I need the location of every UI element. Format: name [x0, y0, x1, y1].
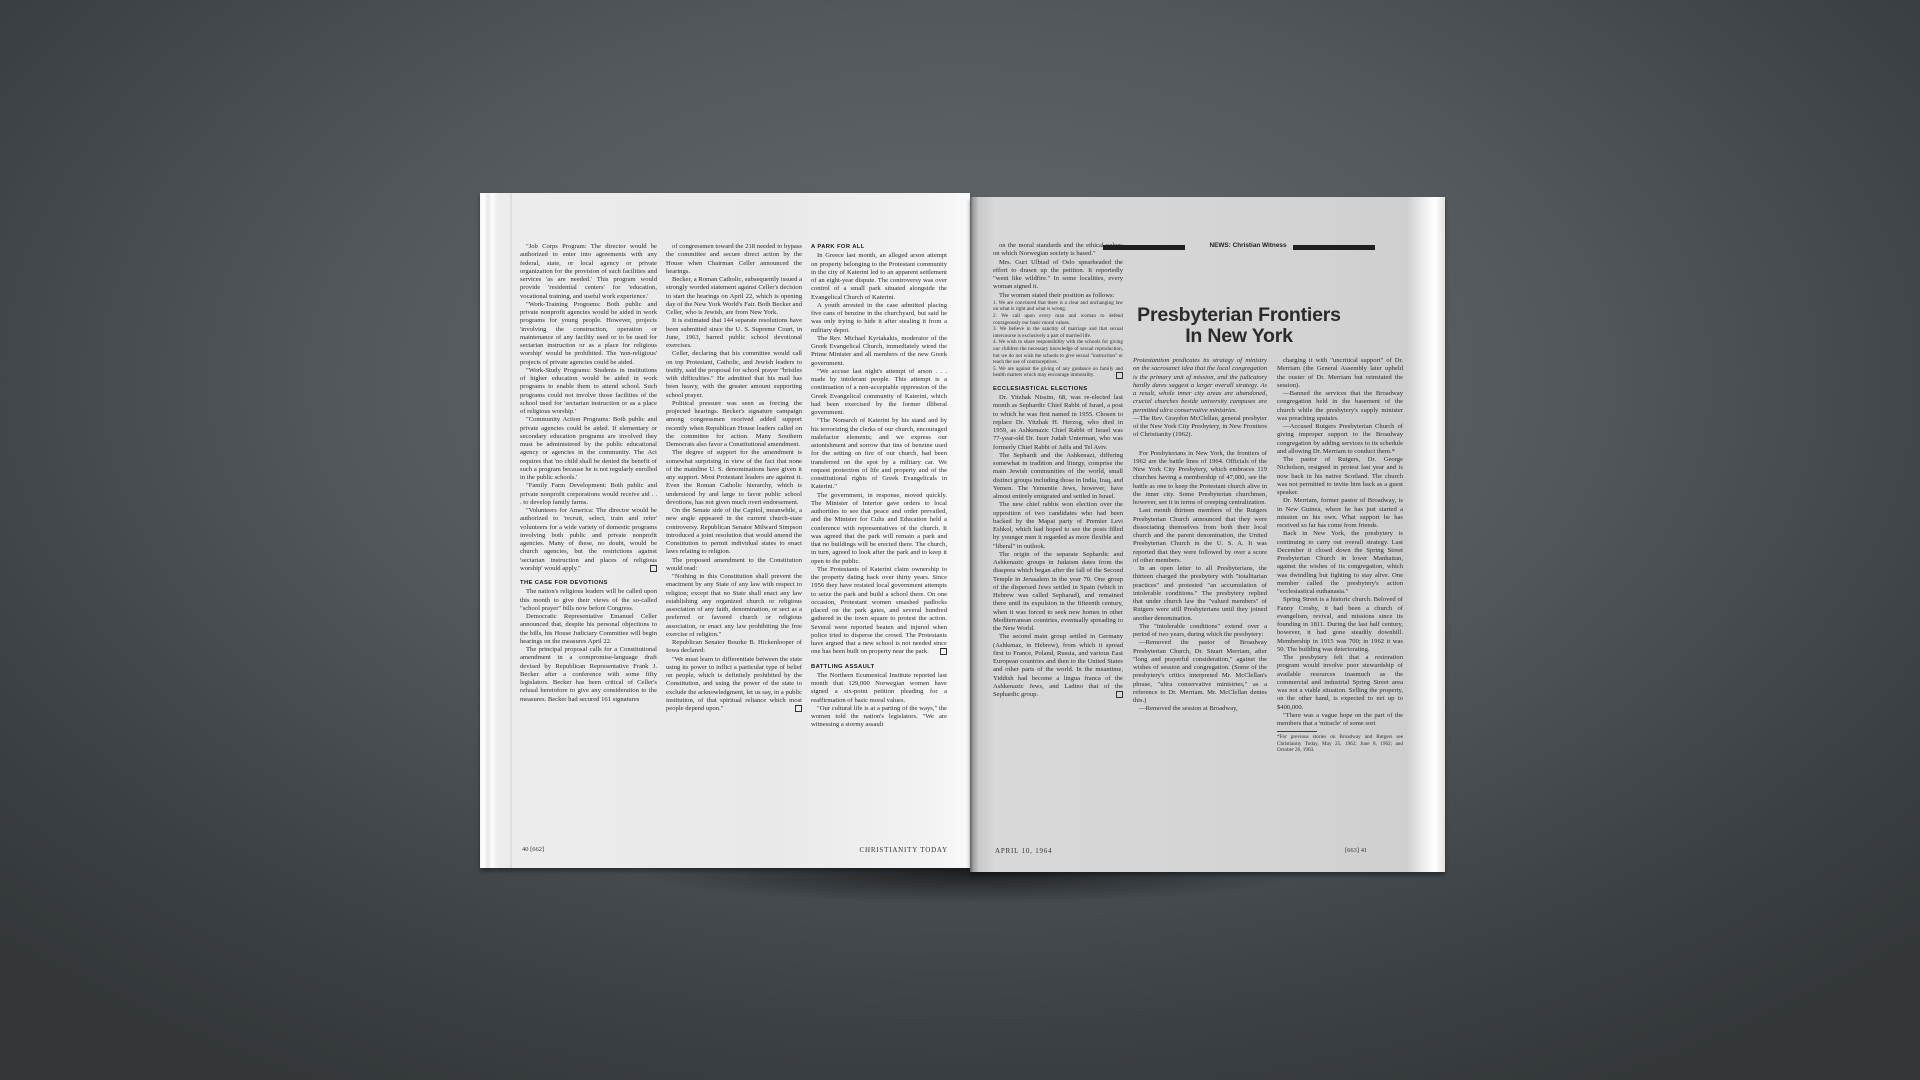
right-column-3: charging it with "uncritical support" of…: [1277, 357, 1403, 754]
paragraph: "Our cultural life is at a parting of th…: [811, 705, 947, 730]
paragraph: The Rev. Michael Kyriakakis, moderator o…: [811, 335, 947, 368]
paragraph: The women stated their position as follo…: [993, 292, 1123, 300]
paragraph: "We accuse last night's attempt of arson…: [811, 368, 947, 418]
rule-left: [1103, 245, 1185, 250]
end-mark-icon: [1116, 691, 1123, 698]
paragraph: charging it with "uncritical support" of…: [1277, 357, 1403, 390]
paragraph: "Nothing in this Constitution shall prev…: [666, 573, 802, 639]
paragraph: Spring Street is a historic church. Belo…: [1277, 596, 1403, 654]
presbyterian-body-cont: charging it with "uncritical support" of…: [1277, 357, 1403, 728]
paragraph: Becker, a Roman Catholic, subsequently i…: [666, 276, 802, 317]
left-column-2: of congressmen toward the 218 needed to …: [666, 243, 802, 713]
paragraph: It is estimated that 144 separate resolu…: [666, 317, 802, 350]
left-folio: 40 [662]: [522, 846, 544, 853]
paragraph: Political pressure was seen as forcing t…: [666, 400, 802, 450]
paragraph: The principal proposal calls for a Const…: [520, 646, 657, 704]
paragraph: of congressmen toward the 218 needed to …: [666, 243, 802, 276]
footnote-rule: [1277, 731, 1317, 732]
paragraph: "The Nomarch of Katerini by his stand an…: [811, 417, 947, 491]
paragraph: Last month thirteen members of the Rutge…: [1133, 507, 1267, 565]
epigraph-attribution: —The Rev. Graydon McClellan, general pre…: [1133, 415, 1267, 440]
paragraph: —Accused Rutgers Presbyterian Church of …: [1277, 423, 1403, 456]
paragraph: The government, in response, moved quick…: [811, 492, 947, 566]
paragraph: "Volunteers for America: The director wo…: [520, 507, 657, 573]
paragraph: —Banned the services that the Broadway c…: [1277, 390, 1403, 423]
paragraph: —Removed the pastor of Broadway Presbyte…: [1133, 639, 1267, 705]
paragraph: In an open letter to all Presbyterians, …: [1133, 565, 1267, 623]
paragraph: The nation's religious leaders will be c…: [520, 588, 657, 613]
footnote: *For previous stories on Broadway and Ru…: [1277, 734, 1403, 754]
end-mark-icon: [650, 565, 657, 572]
paragraph: The second main group settled in Germany…: [993, 633, 1123, 699]
left-col2-body: of congressmen toward the 218 needed to …: [666, 243, 802, 713]
end-mark-icon: [940, 648, 947, 655]
paragraph: Back in New York, the presbytery is cont…: [1277, 530, 1403, 596]
paragraph: Dr. Yitzhak Nissim, 68, was re-elected l…: [993, 394, 1123, 452]
left-column-1: "Job Corps Program: The director would b…: [520, 243, 657, 704]
paragraph: The proposed amendment to the Constituti…: [666, 557, 802, 574]
paragraph: The new chief rabbis won election over t…: [993, 501, 1123, 551]
paragraph: Mrs. Guri Ulbtad of Oslo spearheaded the…: [993, 259, 1123, 292]
running-foot: CHRISTIANITY TODAY: [860, 846, 949, 854]
epigraph: Protestantism predicates its strategy of…: [1133, 357, 1267, 415]
paragraph: A youth arrested in the case admitted pl…: [811, 302, 947, 335]
paragraph: The Sephardi and the Ashkenazi, differin…: [993, 452, 1123, 502]
paragraph: For Presbyterians in New York, the front…: [1133, 450, 1267, 508]
section-heading-park: A PARK FOR ALL: [811, 243, 947, 251]
right-column-2: Protestantism predicates its strategy of…: [1133, 357, 1267, 714]
paragraph: Celler, declaring that his committee wou…: [666, 350, 802, 400]
paragraph: The degree of support for the amendment …: [666, 449, 802, 507]
paragraph: The Northern Ecumenical Institute report…: [811, 672, 947, 705]
paragraph: —Removed the session at Broadway,: [1133, 705, 1267, 713]
section-label-bar: NEWS: Christian Witness: [1103, 243, 1413, 251]
paragraph: "Work-Training Programs: Both public and…: [520, 301, 657, 367]
paragraph: The Protestants of Katerini claim owners…: [811, 566, 947, 657]
section-label: NEWS: Christian Witness: [1193, 242, 1303, 249]
paragraph: On the Senate side of the Capitol, meanw…: [666, 507, 802, 557]
section-heading-elections: ECCLESIASTICAL ELECTIONS: [993, 385, 1123, 393]
left-column-3: A PARK FOR ALL In Greece last month, an …: [811, 243, 947, 730]
right-page: on the moral standards and the ethical v…: [970, 197, 1445, 872]
presbyterian-body: For Presbyterians in New York, the front…: [1133, 450, 1267, 714]
paragraph: The presbytery felt that a restoration p…: [1277, 654, 1403, 712]
paragraph: "We must learn to differentiate between …: [666, 656, 802, 714]
paragraph: Dr. Merriam, former pastor of Broadway, …: [1277, 497, 1403, 530]
section-heading-devotions: THE CASE FOR DEVOTIONS: [520, 579, 657, 587]
paragraph: In Greece last month, an alleged arson a…: [811, 252, 947, 302]
paragraph: "There was a vague hope on the part of t…: [1277, 712, 1403, 729]
headline-line-1: Presbyterian Frontiers: [1103, 305, 1375, 326]
paragraph: 5. We are against the giving of any guid…: [993, 366, 1123, 379]
end-mark-icon: [795, 705, 802, 712]
paragraph: Republican Senator Bourke B. Hickenloope…: [666, 639, 802, 656]
rule-right: [1293, 245, 1375, 250]
page-edge-line: [510, 193, 512, 868]
paragraph: "Work-Study Programs: Students in instit…: [520, 367, 657, 417]
headline-line-2: In New York: [1103, 326, 1375, 347]
paragraph: Democratic Representative Emanuel Celler…: [520, 613, 657, 646]
section-heading-assault: BATTLING ASSAULT: [811, 663, 947, 671]
headline: Presbyterian Frontiers In New York: [1103, 305, 1375, 347]
date-foot: APRIL 10, 1964: [995, 847, 1052, 855]
end-mark-icon: [1116, 372, 1123, 379]
park-body: In Greece last month, an alleged arson a…: [811, 252, 947, 656]
paragraph: The pastor of Rutgers, Dr. George Nichol…: [1277, 456, 1403, 497]
right-folio: [663] 41: [1345, 847, 1367, 854]
left-page: "Job Corps Program: The director would b…: [480, 193, 970, 868]
assault-body: The Northern Ecumenical Institute report…: [811, 672, 947, 730]
paragraph: "Family Farm Development: Both public an…: [520, 482, 657, 507]
paragraph: The "intolerable conditions" extend over…: [1133, 623, 1267, 640]
paragraph: "Job Corps Program: The director would b…: [520, 243, 657, 301]
devotions-body: The nation's religious leaders will be c…: [520, 588, 657, 704]
left-col1-body: "Job Corps Program: The director would b…: [520, 243, 657, 573]
paragraph: "Community Action Programs: Both public …: [520, 416, 657, 482]
elections-body: Dr. Yitzhak Nissim, 68, was re-elected l…: [993, 394, 1123, 699]
paragraph: The origin of the separate Sephardic and…: [993, 551, 1123, 634]
